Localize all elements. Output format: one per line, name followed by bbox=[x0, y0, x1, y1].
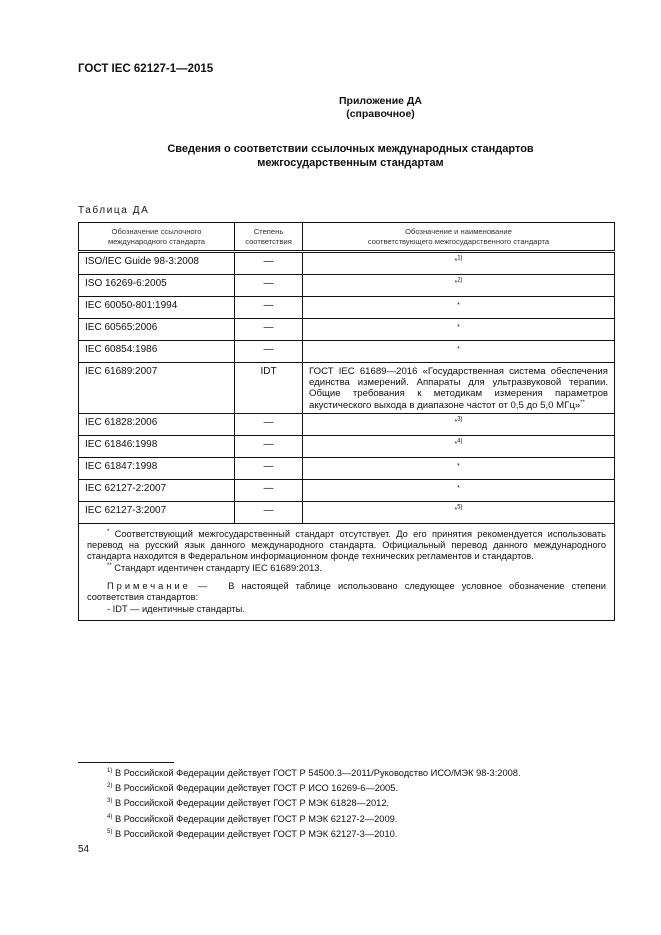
cell-degree: IDT bbox=[235, 363, 303, 414]
footnote-number: 3) bbox=[107, 798, 112, 804]
footnote-number: 4) bbox=[107, 814, 112, 820]
note-double-star-mark: ** bbox=[107, 563, 112, 569]
note-double-star: ** Стандарт идентичен стандарту IEC 6168… bbox=[87, 563, 606, 574]
table-row: IEC 61846:1998—*4) bbox=[79, 435, 615, 457]
cell-interstate-standard: * bbox=[303, 479, 615, 501]
footnotes: 1) В Российской Федерации действует ГОСТ… bbox=[107, 766, 521, 842]
note-label: Примечание bbox=[107, 581, 191, 591]
header-line: соответствующего межгосударственного ста… bbox=[307, 237, 610, 247]
note-star-text: Соответствующий межгосударственный станд… bbox=[87, 529, 606, 562]
header-degree: Степень соответствия bbox=[235, 223, 303, 252]
table-row: IEC 60565:2006—* bbox=[79, 319, 615, 341]
note-star-mark: * bbox=[107, 529, 109, 535]
cell-standard: IEC 60565:2006 bbox=[79, 319, 235, 341]
header-line: Обозначение и наименование bbox=[307, 227, 610, 237]
table-row: IEC 62127-2:2007—* bbox=[79, 479, 615, 501]
table-notes: * Соответствующий межгосударственный ста… bbox=[79, 523, 615, 620]
table-row: IEC 62127-3:2007—*5) bbox=[79, 501, 615, 523]
footnote-text: В Российской Федерации действует ГОСТ Р … bbox=[115, 783, 398, 793]
table-row: IEC 61847:1998—* bbox=[79, 457, 615, 479]
absent-mark: * bbox=[457, 324, 460, 331]
footnote-separator bbox=[78, 762, 174, 763]
absent-mark: * bbox=[457, 302, 460, 309]
appendix-subtitle: (справочное) bbox=[50, 108, 661, 121]
cell-text: ГОСТ IEC 61689—2016 «Государственная сис… bbox=[309, 366, 608, 411]
header-line: соответствия bbox=[239, 237, 298, 247]
appendix-title-text: Приложение ДА bbox=[50, 95, 661, 108]
footnote-ref: 5) bbox=[457, 504, 462, 510]
cell-degree: — bbox=[235, 275, 303, 297]
section-title: Сведения о соответствии ссылочных междун… bbox=[20, 142, 661, 170]
header-line: Обозначение ссылочного bbox=[83, 227, 230, 237]
table-notes-row: * Соответствующий межгосударственный ста… bbox=[79, 523, 615, 620]
absent-mark: * bbox=[457, 346, 460, 353]
table-row: IEC 61689:2007IDTГОСТ IEC 61689—2016 «Го… bbox=[79, 363, 615, 414]
header-international-standard: Обозначение ссылочного международного ст… bbox=[79, 223, 235, 252]
note-star: * Соответствующий межгосударственный ста… bbox=[87, 529, 606, 563]
cell-interstate-standard: * bbox=[303, 341, 615, 363]
footnote-ref: 2) bbox=[457, 278, 462, 284]
footnote: 2) В Российской Федерации действует ГОСТ… bbox=[107, 781, 521, 796]
cell-standard: IEC 60050-801:1994 bbox=[79, 297, 235, 319]
cell-degree: — bbox=[235, 319, 303, 341]
header-line: международного стандарта bbox=[83, 237, 230, 247]
footnote-number: 1) bbox=[107, 768, 112, 774]
cell-standard: IEC 60854:1986 bbox=[79, 341, 235, 363]
footnote-text: В Российской Федерации действует ГОСТ Р … bbox=[115, 829, 397, 839]
table-row: IEC 60854:1986—* bbox=[79, 341, 615, 363]
cell-standard: ISO 16269-6:2005 bbox=[79, 275, 235, 297]
cell-standard: IEC 61828:2006 bbox=[79, 413, 235, 435]
footnote: 1) В Российской Федерации действует ГОСТ… bbox=[107, 766, 521, 781]
table-row: ISO/IEC Guide 98-3:2008—*1) bbox=[79, 252, 615, 275]
footnote-ref: 1) bbox=[457, 256, 462, 262]
table-body: ISO/IEC Guide 98-3:2008—*1)ISO 16269-6:2… bbox=[79, 252, 615, 524]
table-row: IEC 61828:2006—*3) bbox=[79, 413, 615, 435]
cell-interstate-standard: *1) bbox=[303, 252, 615, 275]
cell-standard: IEC 62127-3:2007 bbox=[79, 501, 235, 523]
footnote-number: 5) bbox=[107, 829, 112, 835]
section-title-line1: Сведения о соответствии ссылочных междун… bbox=[20, 142, 661, 156]
note-double-star-text: Стандарт идентичен стандарту IEC 61689:2… bbox=[114, 563, 322, 573]
table-row: ISO 16269-6:2005—*2) bbox=[79, 275, 615, 297]
header-interstate-standard: Обозначение и наименование соответствующ… bbox=[303, 223, 615, 252]
footnote-text: В Российской Федерации действует ГОСТ Р … bbox=[115, 798, 389, 808]
section-title-line2: межгосударственным стандартам bbox=[20, 156, 661, 170]
note-item: - IDT — идентичные стандарты. bbox=[87, 604, 606, 615]
absent-mark: * bbox=[457, 463, 460, 470]
footnote-text: В Российской Федерации действует ГОСТ Р … bbox=[115, 768, 521, 778]
appendix-title: Приложение ДА (справочное) bbox=[50, 95, 661, 121]
cell-interstate-standard: *5) bbox=[303, 501, 615, 523]
cell-degree: — bbox=[235, 413, 303, 435]
table-header-row: Обозначение ссылочного международного ст… bbox=[79, 223, 615, 252]
cell-degree: — bbox=[235, 252, 303, 275]
cell-standard: IEC 61689:2007 bbox=[79, 363, 235, 414]
cell-interstate-standard: ГОСТ IEC 61689—2016 «Государственная сис… bbox=[303, 363, 615, 414]
cell-standard: IEC 61847:1998 bbox=[79, 457, 235, 479]
cell-standard: ISO/IEC Guide 98-3:2008 bbox=[79, 252, 235, 275]
cell-interstate-standard: *2) bbox=[303, 275, 615, 297]
cell-interstate-standard: *4) bbox=[303, 435, 615, 457]
footnote-text: В Российской Федерации действует ГОСТ Р … bbox=[115, 814, 397, 824]
correspondence-table: Обозначение ссылочного международного ст… bbox=[78, 222, 614, 621]
table-row: IEC 60050-801:1994—* bbox=[79, 297, 615, 319]
cell-degree: — bbox=[235, 479, 303, 501]
note-remark: Примечание — В настоящей таблице использ… bbox=[87, 581, 606, 604]
footnote-ref: 3) bbox=[457, 416, 462, 422]
document-header: ГОСТ IEC 62127-1—2015 bbox=[78, 63, 213, 75]
footnote-ref: ** bbox=[580, 399, 585, 405]
header-line: Степень bbox=[239, 227, 298, 237]
cell-interstate-standard: * bbox=[303, 319, 615, 341]
cell-standard: IEC 62127-2:2007 bbox=[79, 479, 235, 501]
cell-standard: IEC 61846:1998 bbox=[79, 435, 235, 457]
cell-interstate-standard: * bbox=[303, 457, 615, 479]
page-number: 54 bbox=[78, 844, 89, 855]
absent-mark: * bbox=[457, 485, 460, 492]
cell-degree: — bbox=[235, 435, 303, 457]
footnote: 5) В Российской Федерации действует ГОСТ… bbox=[107, 827, 521, 842]
cell-degree: — bbox=[235, 341, 303, 363]
cell-degree: — bbox=[235, 501, 303, 523]
footnote: 4) В Российской Федерации действует ГОСТ… bbox=[107, 812, 521, 827]
footnote: 3) В Российской Федерации действует ГОСТ… bbox=[107, 796, 521, 811]
footnote-number: 2) bbox=[107, 783, 112, 789]
note-dash: — bbox=[198, 581, 207, 591]
cell-interstate-standard: * bbox=[303, 297, 615, 319]
table-caption: Таблица ДА bbox=[78, 205, 149, 216]
cell-degree: — bbox=[235, 457, 303, 479]
footnote-ref: 4) bbox=[457, 438, 462, 444]
cell-interstate-standard: *3) bbox=[303, 413, 615, 435]
cell-degree: — bbox=[235, 297, 303, 319]
